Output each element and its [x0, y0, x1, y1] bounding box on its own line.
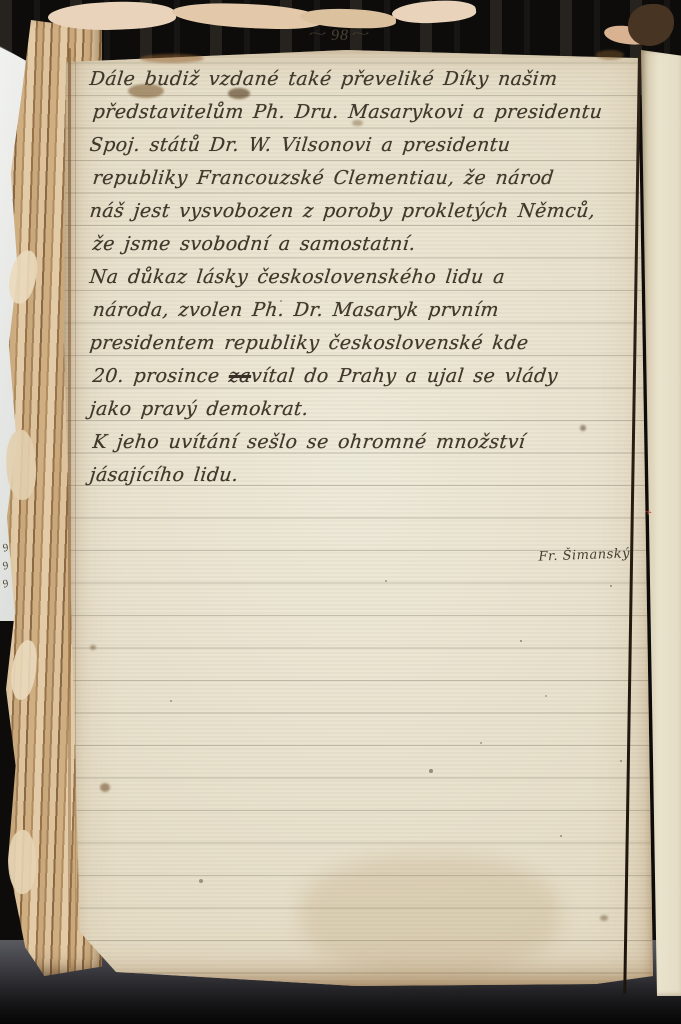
handwritten-line: republiky Francouzské Clementiau, že nár…: [88, 162, 636, 195]
header-ornament-right: ~: [351, 27, 372, 43]
struck-through-word: za: [228, 365, 252, 387]
ink-stain: [228, 88, 250, 99]
line-text: Spoj. států Dr. W. Vilsonovi a president…: [89, 134, 512, 156]
top-edge-smear: [140, 54, 204, 63]
top-edge-smear: [596, 50, 624, 60]
line-text: 20. prosince: [92, 365, 230, 387]
handwritten-line: národa, zvolen Ph. Dr. Masaryk prvním: [88, 294, 636, 327]
handwritten-line: jako pravý demokrat.: [88, 393, 636, 426]
paper-specks: [520, 640, 522, 642]
stain: [100, 783, 110, 792]
handwritten-text-block: Dále budiž vzdané také převeliké Díky na…: [88, 63, 633, 492]
chronicle-photo: ~98~ Dále budiž vzdané také převeliké Dí…: [0, 0, 681, 1024]
page-left-margin-line: [68, 48, 71, 968]
ink-stain: [128, 84, 164, 98]
header-ornament-left: ~: [308, 27, 329, 43]
line-text: jako pravý demokrat.: [89, 398, 310, 420]
stain: [352, 120, 363, 126]
handwritten-line: že jsme svobodní a samostatní.: [88, 228, 636, 261]
line-text: představitelům Ph. Dru. Masarykovi a pre…: [92, 101, 604, 123]
handwritten-line: Spoj. států Dr. W. Vilsonovi a president…: [88, 129, 636, 162]
stain: [580, 425, 586, 431]
handwritten-line: presidentem republiky československé kde: [88, 327, 636, 360]
line-text: náš jest vysvobozen z poroby prokletých …: [89, 200, 597, 222]
stain: [90, 645, 96, 650]
handwritten-line: Na důkaz lásky československého lidu a: [88, 261, 636, 294]
stain: [600, 915, 608, 921]
line-text: Na důkaz lásky československého lidu a: [89, 266, 506, 288]
line-text: národa, zvolen Ph. Dr. Masaryk prvním: [92, 299, 500, 321]
line-text: K jeho uvítání sešlo se ohromné množství: [92, 431, 527, 453]
line-text-after-strike: vítal do Prahy a ujal se vlády: [250, 365, 559, 387]
line-text: jásajícího lidu.: [89, 464, 240, 486]
line-text: že jsme svobodní a samostatní.: [92, 233, 417, 255]
page-number: ~98~: [255, 27, 425, 45]
large-faint-stain: [300, 855, 560, 975]
line-text: republiky Francouzské Clementiau, že nár…: [92, 167, 555, 189]
handwritten-line: Dále budiž vzdané také převeliké Díky na…: [88, 63, 636, 96]
handwritten-line: 20. prosince zavítal do Prahy a ujal se …: [88, 360, 636, 393]
page-edge-digits: 999: [3, 543, 9, 590]
handwritten-line: jásajícího lidu.: [88, 459, 636, 492]
handwritten-line: náš jest vysvobozen z poroby prokletých …: [88, 195, 636, 228]
line-text: presidentem republiky československé kde: [89, 332, 530, 354]
handwritten-line: K jeho uvítání sešlo se ohromné množství: [88, 426, 636, 459]
